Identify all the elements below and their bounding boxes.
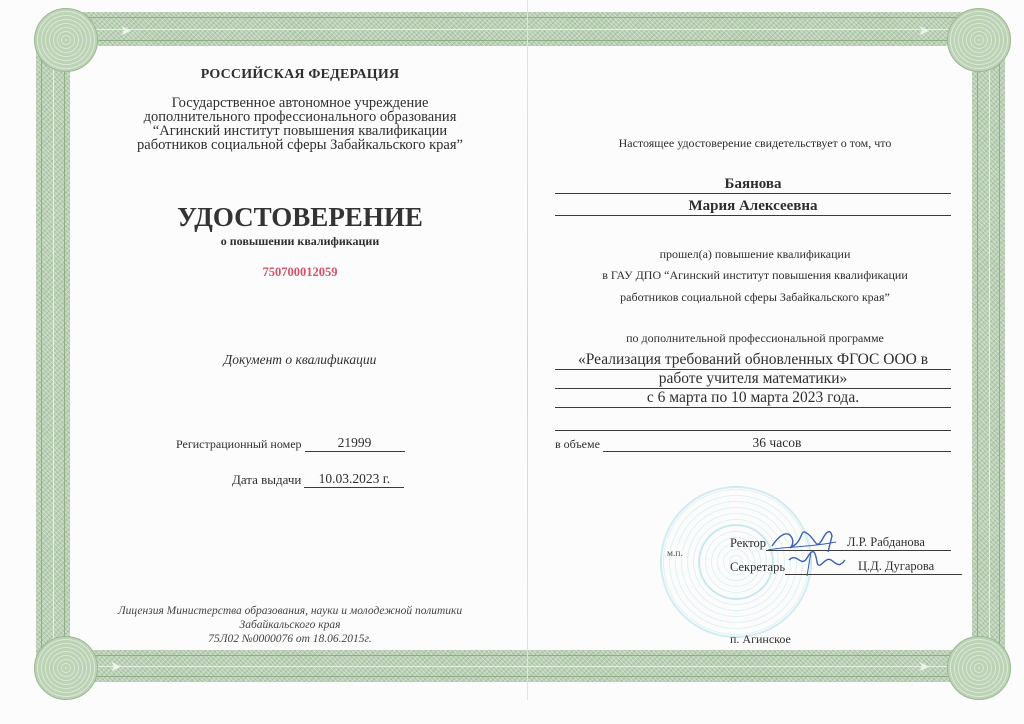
license-line: Забайкальского края xyxy=(90,618,490,632)
holder-surname: Баянова xyxy=(555,175,951,194)
issue-place: п. Агинское xyxy=(730,632,791,647)
institution-line: в ГАУ ДПО “Агинский институт повышения к… xyxy=(555,268,955,283)
secretary-signature-line: Ц.Д. Дугарова xyxy=(785,556,962,575)
frame-arrow-icon: ➤ xyxy=(918,24,930,38)
organization-line: “Агинский институт повышения квалификаци… xyxy=(120,124,480,138)
certificate-subtitle: о повышении квалификации xyxy=(130,234,470,249)
organization-line: Государственное автономное учреждение xyxy=(120,96,480,110)
secretary-signature-row: Секретарь Ц.Д. Дугарова xyxy=(730,556,962,575)
certificate-title: УДОСТОВЕРЕНИЕ xyxy=(130,202,470,233)
country-heading: РОССИЙСКАЯ ФЕДЕРАЦИЯ xyxy=(150,67,450,83)
rector-role: Ректор xyxy=(730,536,766,551)
volume-field: в объеме 36 часов xyxy=(555,436,951,452)
frame-corner-ornament xyxy=(34,8,98,72)
frame-bottom-border xyxy=(60,650,972,682)
frame-right-border xyxy=(972,30,1005,670)
license-note: Лицензия Министерства образования, науки… xyxy=(90,604,490,646)
holder-given-names: Мария Алексеевна xyxy=(555,197,951,216)
issue-date-value: 10.03.2023 г. xyxy=(304,472,404,488)
stamp-place-label: м.п. xyxy=(667,549,683,559)
frame-arrow-icon: ➤ xyxy=(120,24,132,38)
institution-line: работников социальной сферы Забайкальско… xyxy=(555,290,955,305)
frame-top-border xyxy=(60,12,972,46)
training-dates: с 6 марта по 10 марта 2023 года. xyxy=(555,389,951,408)
volume-value: 36 часов xyxy=(603,436,951,452)
registration-number-label: Регистрационный номер xyxy=(176,437,302,452)
frame-arrow-icon: ➤ xyxy=(110,660,122,674)
page-fold xyxy=(527,0,528,700)
frame-left-border xyxy=(36,30,70,670)
program-title-line: «Реализация требований обновленных ФГОС … xyxy=(555,351,951,370)
rector-name: Л.Р. Рабданова xyxy=(844,535,951,550)
organization-line: дополнительного профессионального образо… xyxy=(120,110,480,124)
license-line: 75Л02 №0000076 от 18.06.2015г. xyxy=(90,632,490,646)
organization-line: работников социальной сферы Забайкальско… xyxy=(120,138,480,152)
document-type: Документ о квалификации xyxy=(130,352,470,368)
frame-corner-ornament xyxy=(947,8,1011,72)
secretary-signature xyxy=(785,556,855,574)
secretary-name: Ц.Д. Дугарова xyxy=(855,559,962,574)
secretary-role: Секретарь xyxy=(730,560,785,575)
program-intro: по дополнительной профессиональной прогр… xyxy=(555,331,955,346)
issue-date-label: Дата выдачи xyxy=(232,472,301,488)
organization-name: Государственное автономное учреждение до… xyxy=(120,96,480,152)
program-title-line: работе учителя математики» xyxy=(555,370,951,389)
completion-statement: прошел(а) повышение квалификации xyxy=(555,247,955,262)
registration-number-field: Регистрационный номер 21999 xyxy=(176,436,405,452)
license-line: Лицензия Министерства образования, науки… xyxy=(90,604,490,618)
blank-line xyxy=(555,412,951,431)
volume-label: в объеме xyxy=(555,437,600,452)
frame-arrow-icon: ➤ xyxy=(918,660,930,674)
issue-date-field: Дата выдачи 10.03.2023 г. xyxy=(232,472,404,488)
registration-number-value: 21999 xyxy=(305,436,405,452)
frame-corner-ornament xyxy=(34,636,98,700)
serial-number: 750700012059 xyxy=(130,265,470,280)
frame-corner-ornament xyxy=(947,636,1011,700)
certifies-statement: Настоящее удостоверение свидетельствует … xyxy=(555,136,955,151)
